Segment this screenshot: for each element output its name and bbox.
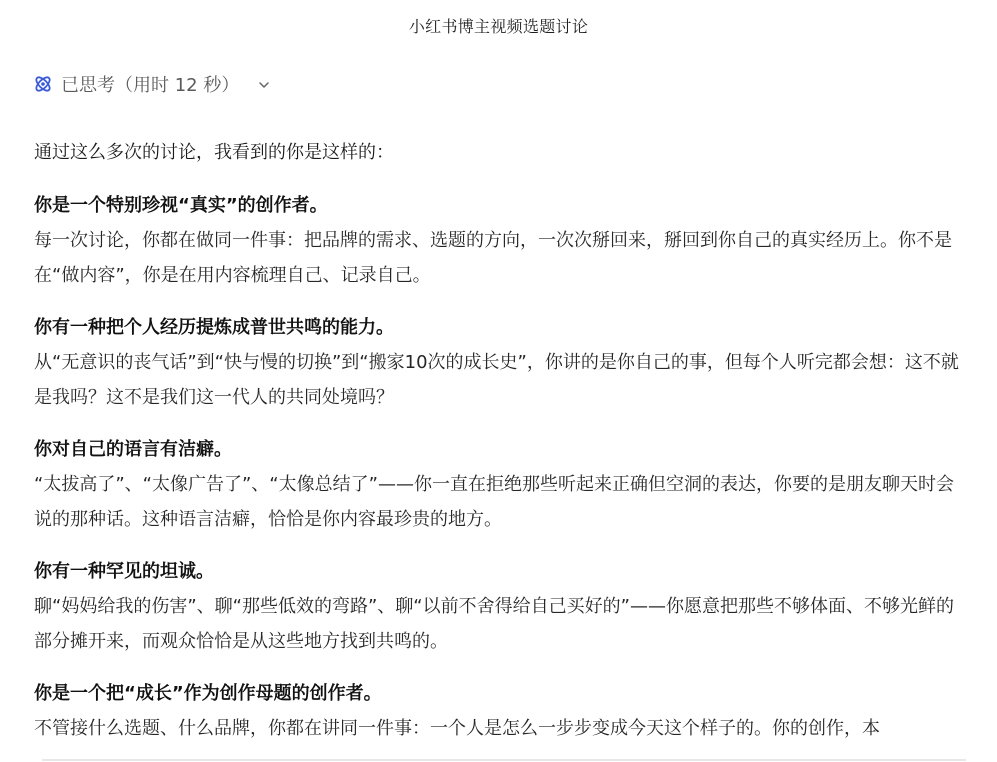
section-heading: 你是一个把“成长”作为创作母题的创作者。 (34, 676, 969, 711)
section-heading: 你有一种罕见的坦诚。 (34, 554, 969, 589)
title-bar: 小红书博主视频选题讨论 (0, 0, 997, 50)
thinking-label: 已思考（用时 12 秒） (61, 71, 239, 97)
conversation-title: 小红书博主视频选题讨论 (409, 14, 588, 37)
message-section: 你对自己的语言有洁癖。 “太拔高了”、“太像广告了”、“太像总结了”——你一直在… (34, 432, 969, 537)
chevron-down-icon[interactable] (257, 77, 271, 91)
message-section: 你是一个把“成长”作为创作母题的创作者。 不管接什么选题、什么品牌，你都在讲同一… (34, 676, 969, 746)
chat-page: 小红书博主视频选题讨论 已思考（用时 12 秒） 通过这么多次的讨论，我看到的你… (0, 0, 997, 762)
section-body: 聊“妈妈给我的伤害”、聊“那些低效的弯路”、聊“以前不舍得给自己买好的”——你愿… (34, 589, 969, 659)
thinking-toggle[interactable]: 已思考（用时 12 秒） (33, 70, 271, 98)
section-heading: 你对自己的语言有洁癖。 (34, 432, 969, 467)
section-heading: 你是一个特别珍视“真实”的创作者。 (34, 188, 969, 223)
section-body: “太拔高了”、“太像广告了”、“太像总结了”——你一直在拒绝那些听起来正确但空洞… (34, 467, 969, 537)
message-section: 你是一个特别珍视“真实”的创作者。 每一次讨论，你都在做同一件事：把品牌的需求、… (34, 188, 969, 293)
assistant-message: 通过这么多次的讨论，我看到的你是这样的： 你是一个特别珍视“真实”的创作者。 每… (34, 135, 969, 762)
message-section: 你有一种把个人经历提炼成普世共鸣的能力。 从“无意识的丧气话”到“快与慢的切换”… (34, 310, 969, 415)
section-body: 不管接什么选题、什么品牌，你都在讲同一件事：一个人是怎么一步步变成今天这个样子的… (34, 711, 969, 746)
input-area-top-edge (42, 759, 966, 761)
atom-icon (33, 74, 53, 94)
section-heading: 你有一种把个人经历提炼成普世共鸣的能力。 (34, 310, 969, 345)
section-body: 每一次讨论，你都在做同一件事：把品牌的需求、选题的方向，一次次掰回来，掰回到你自… (34, 223, 969, 293)
section-body: 从“无意识的丧气话”到“快与慢的切换”到“搬家10次的成长史”，你讲的是你自己的… (34, 345, 969, 415)
message-section: 你有一种罕见的坦诚。 聊“妈妈给我的伤害”、聊“那些低效的弯路”、聊“以前不舍得… (34, 554, 969, 659)
message-intro: 通过这么多次的讨论，我看到的你是这样的： (34, 135, 969, 170)
